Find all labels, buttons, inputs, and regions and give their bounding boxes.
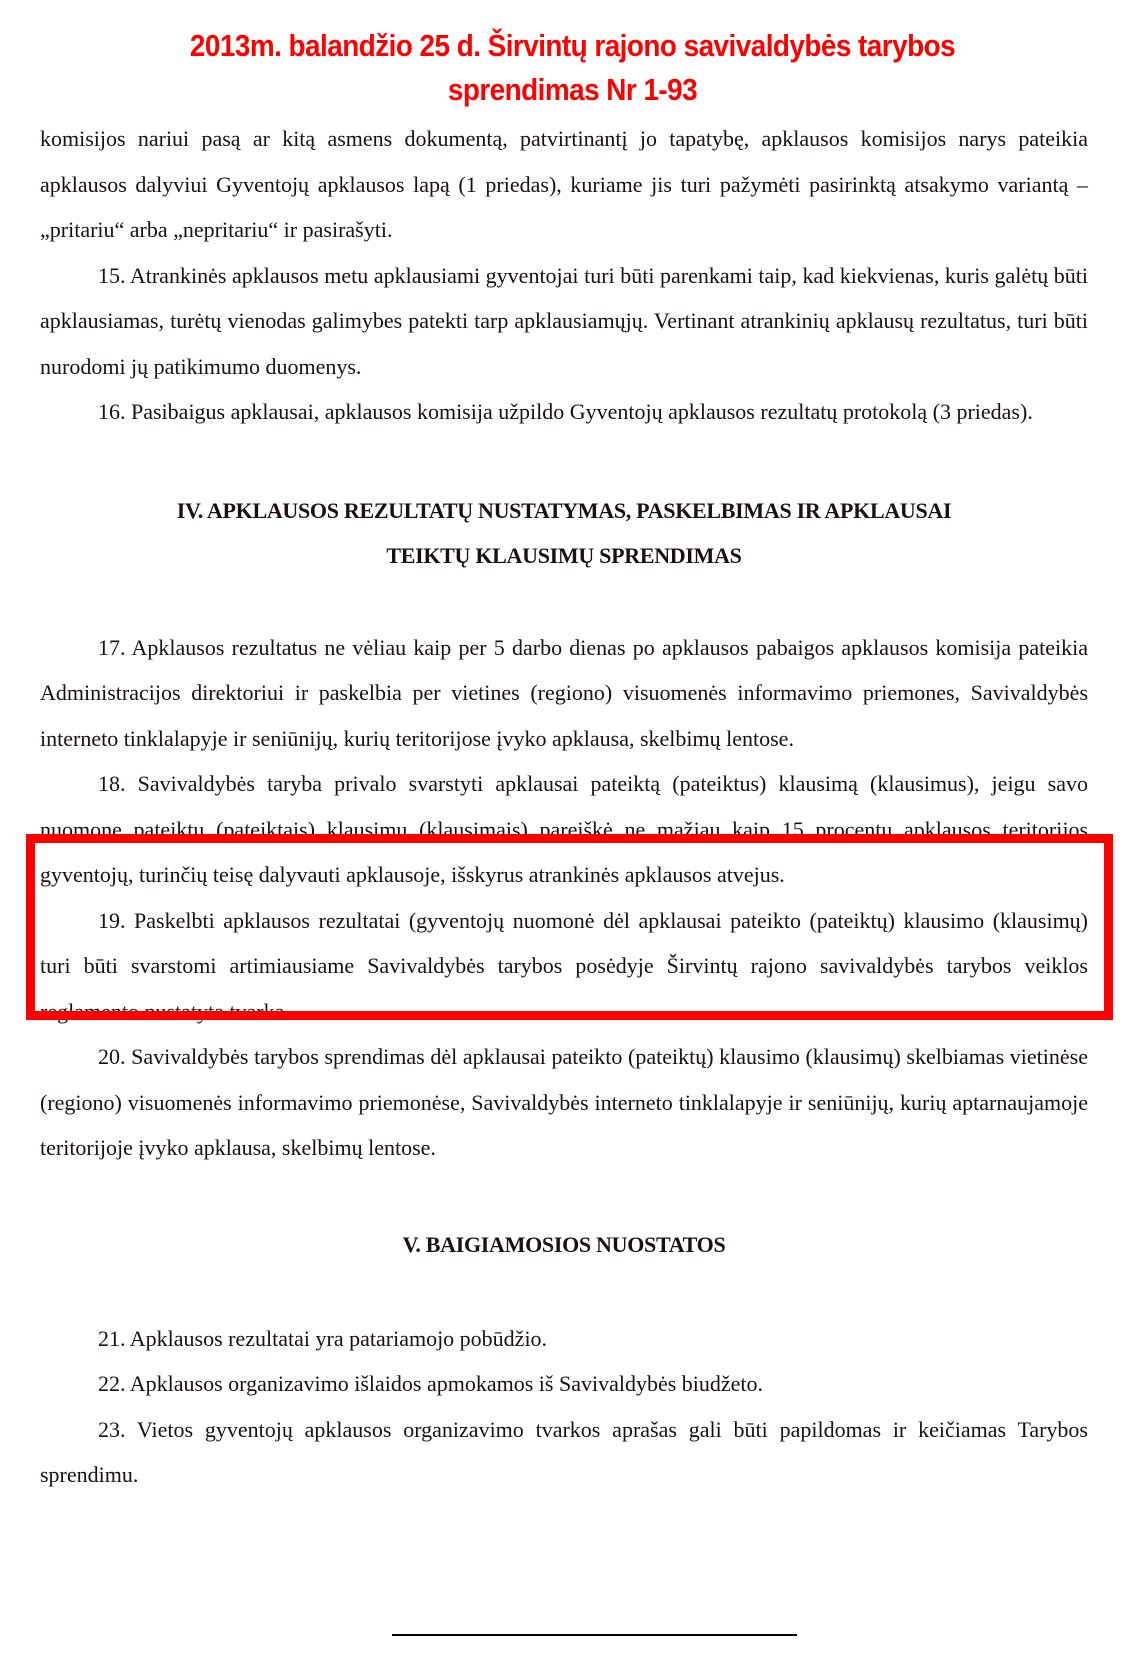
paragraph-number: 17. [98, 635, 126, 660]
paragraph-14-continuation: komisijos nariui pasą ar kitą asmens dok… [40, 116, 1088, 253]
section-5-heading: V. BAIGIAMOSIOS NUOSTATOS [40, 1222, 1088, 1267]
end-of-document-rule [392, 1634, 797, 1636]
paragraph-text: Apklausos organizavimo išlaidos apmokamo… [130, 1371, 763, 1396]
section-4-heading: IV. APKLAUSOS REZULTATŲ NUSTATYMAS, PASK… [40, 488, 1088, 578]
paragraph-number: 20. [98, 1044, 126, 1069]
paragraph-text: Vietos gyventojų apklausos organizavimo … [40, 1417, 1088, 1488]
paragraph-16: 16. Pasibaigus apklausai, apklausos komi… [40, 389, 1088, 435]
paragraph-18-highlighted: 18. Savivaldybės taryba privalo svarstyt… [40, 761, 1088, 898]
paragraph-23: 23. Vietos gyventojų apklausos organizav… [40, 1407, 1088, 1498]
paragraph-text: Pasibaigus apklausai, apklausos komisija… [131, 399, 1033, 424]
title-line-2: sprendimas Nr 1-93 [57, 68, 1088, 112]
paragraph-text: Savivaldybės tarybos sprendimas dėl apkl… [40, 1044, 1088, 1160]
paragraph-number: 19. [98, 908, 126, 933]
paragraph-text: Apklausos rezultatus ne vėliau kaip per … [40, 635, 1088, 751]
paragraph-text: Apklausos rezultatai yra patariamojo pob… [130, 1326, 547, 1351]
paragraph-text: Paskelbti apklausos rezultatai (gyventoj… [40, 908, 1088, 1024]
paragraph-number: 16. [98, 399, 126, 424]
paragraph-number: 15. [98, 263, 126, 288]
paragraph-17: 17. Apklausos rezultatus ne vėliau kaip … [40, 625, 1088, 762]
paragraph-number: 18. [98, 771, 126, 796]
paragraph-19: 19. Paskelbti apklausos rezultatai (gyve… [40, 898, 1088, 1035]
paragraph-number: 23. [98, 1417, 126, 1442]
section-4-heading-line-1: IV. APKLAUSOS REZULTATŲ NUSTATYMAS, PASK… [40, 488, 1088, 533]
paragraph-text: Atrankinės apklausos metu apklausiami gy… [40, 263, 1088, 379]
document-page: komisijos nariui pasą ar kitą asmens dok… [40, 116, 1088, 1498]
title-line-1: 2013m. balandžio 25 d. Širvintų rajono s… [57, 24, 1088, 68]
section-4-heading-line-2: TEIKTŲ KLAUSIMŲ SPRENDIMAS [40, 533, 1088, 578]
paragraph-22: 22. Apklausos organizavimo išlaidos apmo… [40, 1361, 1088, 1407]
paragraph-21: 21. Apklausos rezultatai yra patariamojo… [40, 1316, 1088, 1362]
paragraph-15: 15. Atrankinės apklausos metu apklausiam… [40, 253, 1088, 390]
paragraph-number: 21. [98, 1326, 126, 1351]
paragraph-20: 20. Savivaldybės tarybos sprendimas dėl … [40, 1034, 1088, 1171]
paragraph-text: Savivaldybės taryba privalo svarstyti ap… [40, 771, 1088, 887]
document-title: 2013m. balandžio 25 d. Širvintų rajono s… [57, 24, 1088, 112]
paragraph-number: 22. [98, 1371, 126, 1396]
